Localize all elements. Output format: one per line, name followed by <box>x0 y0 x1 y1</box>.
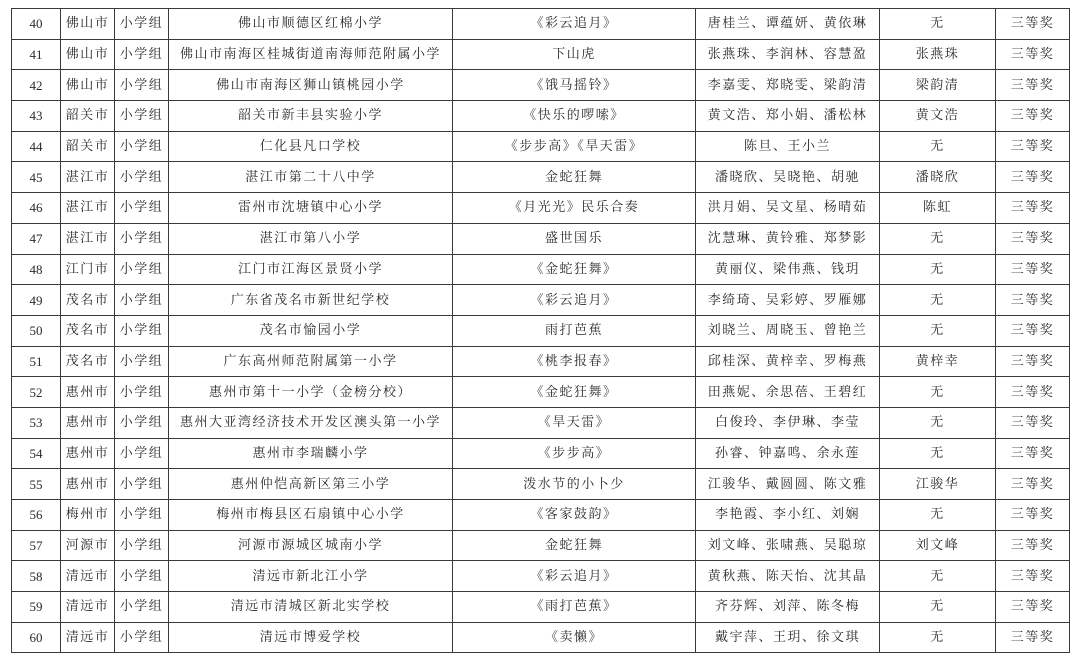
awards-table: 40 佛山市 小学组 佛山市顺德区红棉小学 《彩云追月》 唐桂兰、谭蕴妍、黄依琳… <box>11 8 1070 653</box>
row-number: 41 <box>12 39 61 70</box>
group-cell: 小学组 <box>115 162 169 193</box>
table-row: 58 清远市 小学组 清远市新北江小学 《彩云追月》 黄秋燕、陈天怡、沈其晶 无… <box>12 561 1070 592</box>
city-cell: 河源市 <box>61 530 115 561</box>
group-cell: 小学组 <box>115 622 169 653</box>
group-cell: 小学组 <box>115 407 169 438</box>
teacher-cell: 无 <box>880 592 996 623</box>
city-cell: 江门市 <box>61 254 115 285</box>
school-cell: 梅州市梅县区石扇镇中心小学 <box>169 500 453 531</box>
award-cell: 三等奖 <box>996 223 1070 254</box>
award-cell: 三等奖 <box>996 530 1070 561</box>
group-cell: 小学组 <box>115 131 169 162</box>
row-number: 43 <box>12 101 61 132</box>
school-cell: 湛江市第二十八中学 <box>169 162 453 193</box>
city-cell: 韶关市 <box>61 101 115 132</box>
table-row: 50 茂名市 小学组 茂名市愉园小学 雨打芭蕉 刘晓兰、周晓玉、曾艳兰 无 三等… <box>12 315 1070 346</box>
school-cell: 惠州大亚湾经济技术开发区澳头第一小学 <box>169 407 453 438</box>
row-number: 52 <box>12 377 61 408</box>
city-cell: 惠州市 <box>61 407 115 438</box>
city-cell: 佛山市 <box>61 70 115 101</box>
teacher-cell: 刘文峰 <box>880 530 996 561</box>
school-cell: 惠州市第十一小学（金榜分校） <box>169 377 453 408</box>
teacher-cell: 陈虹 <box>880 193 996 224</box>
table-row: 60 清远市 小学组 清远市博爱学校 《卖懒》 戴宇萍、王玥、徐文琪 无 三等奖 <box>12 622 1070 653</box>
table-row: 52 惠州市 小学组 惠州市第十一小学（金榜分校） 《金蛇狂舞》 田燕妮、余思蓓… <box>12 377 1070 408</box>
members-cell: 邱桂深、黄梓幸、罗梅燕 <box>696 346 880 377</box>
members-cell: 潘晓欣、吴晓艳、胡驰 <box>696 162 880 193</box>
city-cell: 茂名市 <box>61 315 115 346</box>
group-cell: 小学组 <box>115 70 169 101</box>
city-cell: 清远市 <box>61 561 115 592</box>
city-cell: 湛江市 <box>61 162 115 193</box>
teacher-cell: 无 <box>880 407 996 438</box>
city-cell: 茂名市 <box>61 346 115 377</box>
school-cell: 清远市新北江小学 <box>169 561 453 592</box>
work-title-cell: 金蛇狂舞 <box>453 162 696 193</box>
members-cell: 刘文峰、张啸燕、吴聪琼 <box>696 530 880 561</box>
members-cell: 戴宇萍、王玥、徐文琪 <box>696 622 880 653</box>
teacher-cell: 梁韵清 <box>880 70 996 101</box>
school-cell: 仁化县凡口学校 <box>169 131 453 162</box>
work-title-cell: 《步步高》《旱天雷》 <box>453 131 696 162</box>
group-cell: 小学组 <box>115 101 169 132</box>
row-number: 55 <box>12 469 61 500</box>
work-title-cell: 《月光光》民乐合奏 <box>453 193 696 224</box>
school-cell: 佛山市南海区桂城街道南海师范附属小学 <box>169 39 453 70</box>
members-cell: 齐芬辉、刘萍、陈冬梅 <box>696 592 880 623</box>
awards-table-body: 40 佛山市 小学组 佛山市顺德区红棉小学 《彩云追月》 唐桂兰、谭蕴妍、黄依琳… <box>12 9 1070 653</box>
group-cell: 小学组 <box>115 9 169 40</box>
table-row: 44 韶关市 小学组 仁化县凡口学校 《步步高》《旱天雷》 陈旦、王小兰 无 三… <box>12 131 1070 162</box>
city-cell: 梅州市 <box>61 500 115 531</box>
teacher-cell: 无 <box>880 9 996 40</box>
award-cell: 三等奖 <box>996 500 1070 531</box>
city-cell: 清远市 <box>61 622 115 653</box>
school-cell: 清远市清城区新北实学校 <box>169 592 453 623</box>
group-cell: 小学组 <box>115 285 169 316</box>
award-cell: 三等奖 <box>996 592 1070 623</box>
school-cell: 佛山市顺德区红棉小学 <box>169 9 453 40</box>
award-cell: 三等奖 <box>996 70 1070 101</box>
table-row: 48 江门市 小学组 江门市江海区景贤小学 《金蛇狂舞》 黄丽仪、梁伟燕、钱玥 … <box>12 254 1070 285</box>
work-title-cell: 《彩云追月》 <box>453 285 696 316</box>
award-cell: 三等奖 <box>996 254 1070 285</box>
row-number: 50 <box>12 315 61 346</box>
work-title-cell: 《金蛇狂舞》 <box>453 377 696 408</box>
row-number: 59 <box>12 592 61 623</box>
group-cell: 小学组 <box>115 561 169 592</box>
table-row: 45 湛江市 小学组 湛江市第二十八中学 金蛇狂舞 潘晓欣、吴晓艳、胡驰 潘晓欣… <box>12 162 1070 193</box>
award-cell: 三等奖 <box>996 315 1070 346</box>
teacher-cell: 无 <box>880 223 996 254</box>
teacher-cell: 无 <box>880 285 996 316</box>
table-row: 46 湛江市 小学组 雷州市沈塘镇中心小学 《月光光》民乐合奏 洪月娟、吴文星、… <box>12 193 1070 224</box>
table-row: 51 茂名市 小学组 广东高州师范附属第一小学 《桃李报春》 邱桂深、黄梓幸、罗… <box>12 346 1070 377</box>
school-cell: 惠州市李瑞麟小学 <box>169 438 453 469</box>
row-number: 57 <box>12 530 61 561</box>
teacher-cell: 张燕珠 <box>880 39 996 70</box>
city-cell: 佛山市 <box>61 39 115 70</box>
work-title-cell: 雨打芭蕉 <box>453 315 696 346</box>
school-cell: 韶关市新丰县实验小学 <box>169 101 453 132</box>
city-cell: 茂名市 <box>61 285 115 316</box>
award-cell: 三等奖 <box>996 622 1070 653</box>
award-cell: 三等奖 <box>996 561 1070 592</box>
city-cell: 佛山市 <box>61 9 115 40</box>
teacher-cell: 无 <box>880 254 996 285</box>
group-cell: 小学组 <box>115 39 169 70</box>
school-cell: 河源市源城区城南小学 <box>169 530 453 561</box>
group-cell: 小学组 <box>115 438 169 469</box>
teacher-cell: 潘晓欣 <box>880 162 996 193</box>
table-row: 43 韶关市 小学组 韶关市新丰县实验小学 《快乐的啰嗦》 黄文浩、郑小娟、潘松… <box>12 101 1070 132</box>
award-cell: 三等奖 <box>996 193 1070 224</box>
group-cell: 小学组 <box>115 469 169 500</box>
group-cell: 小学组 <box>115 223 169 254</box>
city-cell: 惠州市 <box>61 377 115 408</box>
row-number: 40 <box>12 9 61 40</box>
row-number: 44 <box>12 131 61 162</box>
group-cell: 小学组 <box>115 346 169 377</box>
school-cell: 清远市博爱学校 <box>169 622 453 653</box>
school-cell: 佛山市南海区狮山镇桃园小学 <box>169 70 453 101</box>
row-number: 53 <box>12 407 61 438</box>
teacher-cell: 黄文浩 <box>880 101 996 132</box>
school-cell: 湛江市第八小学 <box>169 223 453 254</box>
members-cell: 黄文浩、郑小娟、潘松林 <box>696 101 880 132</box>
members-cell: 黄秋燕、陈天怡、沈其晶 <box>696 561 880 592</box>
members-cell: 李艳霞、李小红、刘娴 <box>696 500 880 531</box>
table-row: 47 湛江市 小学组 湛江市第八小学 盛世国乐 沈慧琳、黄铃雅、郑梦影 无 三等… <box>12 223 1070 254</box>
work-title-cell: 金蛇狂舞 <box>453 530 696 561</box>
row-number: 60 <box>12 622 61 653</box>
group-cell: 小学组 <box>115 377 169 408</box>
school-cell: 惠州仲恺高新区第三小学 <box>169 469 453 500</box>
school-cell: 江门市江海区景贤小学 <box>169 254 453 285</box>
table-row: 57 河源市 小学组 河源市源城区城南小学 金蛇狂舞 刘文峰、张啸燕、吴聪琼 刘… <box>12 530 1070 561</box>
work-title-cell: 《金蛇狂舞》 <box>453 254 696 285</box>
group-cell: 小学组 <box>115 315 169 346</box>
teacher-cell: 无 <box>880 131 996 162</box>
table-row: 59 清远市 小学组 清远市清城区新北实学校 《雨打芭蕉》 齐芬辉、刘萍、陈冬梅… <box>12 592 1070 623</box>
teacher-cell: 黄梓幸 <box>880 346 996 377</box>
teacher-cell: 无 <box>880 377 996 408</box>
teacher-cell: 无 <box>880 315 996 346</box>
table-row: 42 佛山市 小学组 佛山市南海区狮山镇桃园小学 《饿马摇铃》 李嘉雯、郑晓雯、… <box>12 70 1070 101</box>
city-cell: 惠州市 <box>61 438 115 469</box>
award-cell: 三等奖 <box>996 285 1070 316</box>
award-cell: 三等奖 <box>996 39 1070 70</box>
award-cell: 三等奖 <box>996 162 1070 193</box>
work-title-cell: 《卖懒》 <box>453 622 696 653</box>
members-cell: 张燕珠、李润林、容慧盈 <box>696 39 880 70</box>
city-cell: 清远市 <box>61 592 115 623</box>
award-cell: 三等奖 <box>996 407 1070 438</box>
members-cell: 田燕妮、余思蓓、王碧红 <box>696 377 880 408</box>
teacher-cell: 江骏华 <box>880 469 996 500</box>
row-number: 54 <box>12 438 61 469</box>
teacher-cell: 无 <box>880 622 996 653</box>
row-number: 47 <box>12 223 61 254</box>
row-number: 58 <box>12 561 61 592</box>
row-number: 42 <box>12 70 61 101</box>
row-number: 45 <box>12 162 61 193</box>
row-number: 56 <box>12 500 61 531</box>
members-cell: 白俊玲、李伊琳、李莹 <box>696 407 880 438</box>
table-row: 40 佛山市 小学组 佛山市顺德区红棉小学 《彩云追月》 唐桂兰、谭蕴妍、黄依琳… <box>12 9 1070 40</box>
award-cell: 三等奖 <box>996 346 1070 377</box>
award-cell: 三等奖 <box>996 9 1070 40</box>
teacher-cell: 无 <box>880 438 996 469</box>
work-title-cell: 泼水节的小卜少 <box>453 469 696 500</box>
work-title-cell: 下山虎 <box>453 39 696 70</box>
award-cell: 三等奖 <box>996 469 1070 500</box>
award-cell: 三等奖 <box>996 101 1070 132</box>
group-cell: 小学组 <box>115 592 169 623</box>
school-cell: 广东省茂名市新世纪学校 <box>169 285 453 316</box>
work-title-cell: 《饿马摇铃》 <box>453 70 696 101</box>
work-title-cell: 《雨打芭蕉》 <box>453 592 696 623</box>
school-cell: 雷州市沈塘镇中心小学 <box>169 193 453 224</box>
table-row: 55 惠州市 小学组 惠州仲恺高新区第三小学 泼水节的小卜少 江骏华、戴圆圆、陈… <box>12 469 1070 500</box>
row-number: 46 <box>12 193 61 224</box>
work-title-cell: 《客家鼓韵》 <box>453 500 696 531</box>
school-cell: 广东高州师范附属第一小学 <box>169 346 453 377</box>
city-cell: 湛江市 <box>61 193 115 224</box>
group-cell: 小学组 <box>115 530 169 561</box>
work-title-cell: 《彩云追月》 <box>453 9 696 40</box>
group-cell: 小学组 <box>115 193 169 224</box>
city-cell: 惠州市 <box>61 469 115 500</box>
group-cell: 小学组 <box>115 500 169 531</box>
members-cell: 唐桂兰、谭蕴妍、黄依琳 <box>696 9 880 40</box>
work-title-cell: 《彩云追月》 <box>453 561 696 592</box>
row-number: 51 <box>12 346 61 377</box>
table-row: 49 茂名市 小学组 广东省茂名市新世纪学校 《彩云追月》 李绮琦、吴彩婷、罗雁… <box>12 285 1070 316</box>
row-number: 48 <box>12 254 61 285</box>
teacher-cell: 无 <box>880 500 996 531</box>
table-row: 56 梅州市 小学组 梅州市梅县区石扇镇中心小学 《客家鼓韵》 李艳霞、李小红、… <box>12 500 1070 531</box>
members-cell: 洪月娟、吴文星、杨晴茹 <box>696 193 880 224</box>
teacher-cell: 无 <box>880 561 996 592</box>
city-cell: 湛江市 <box>61 223 115 254</box>
members-cell: 陈旦、王小兰 <box>696 131 880 162</box>
table-row: 53 惠州市 小学组 惠州大亚湾经济技术开发区澳头第一小学 《旱天雷》 白俊玲、… <box>12 407 1070 438</box>
members-cell: 江骏华、戴圆圆、陈文雅 <box>696 469 880 500</box>
work-title-cell: 《旱天雷》 <box>453 407 696 438</box>
group-cell: 小学组 <box>115 254 169 285</box>
members-cell: 沈慧琳、黄铃雅、郑梦影 <box>696 223 880 254</box>
work-title-cell: 《步步高》 <box>453 438 696 469</box>
work-title-cell: 《桃李报春》 <box>453 346 696 377</box>
row-number: 49 <box>12 285 61 316</box>
city-cell: 韶关市 <box>61 131 115 162</box>
award-cell: 三等奖 <box>996 131 1070 162</box>
work-title-cell: 盛世国乐 <box>453 223 696 254</box>
school-cell: 茂名市愉园小学 <box>169 315 453 346</box>
work-title-cell: 《快乐的啰嗦》 <box>453 101 696 132</box>
table-row: 41 佛山市 小学组 佛山市南海区桂城街道南海师范附属小学 下山虎 张燕珠、李润… <box>12 39 1070 70</box>
award-cell: 三等奖 <box>996 377 1070 408</box>
members-cell: 黄丽仪、梁伟燕、钱玥 <box>696 254 880 285</box>
award-cell: 三等奖 <box>996 438 1070 469</box>
table-row: 54 惠州市 小学组 惠州市李瑞麟小学 《步步高》 孙睿、钟嘉鸣、余永莲 无 三… <box>12 438 1070 469</box>
members-cell: 李绮琦、吴彩婷、罗雁娜 <box>696 285 880 316</box>
members-cell: 刘晓兰、周晓玉、曾艳兰 <box>696 315 880 346</box>
members-cell: 李嘉雯、郑晓雯、梁韵清 <box>696 70 880 101</box>
members-cell: 孙睿、钟嘉鸣、余永莲 <box>696 438 880 469</box>
